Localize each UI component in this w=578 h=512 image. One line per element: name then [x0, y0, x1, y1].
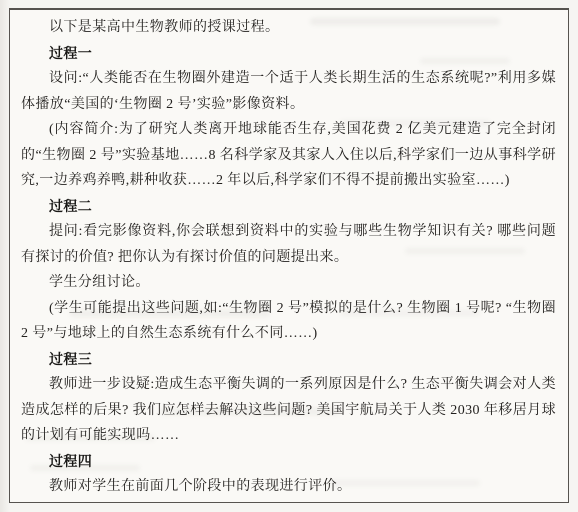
section-heading: 过程二: [49, 194, 556, 220]
section-heading: 过程三: [49, 347, 556, 373]
paragraph: 提问:看完影像资料,你会联想到资料中的实验与哪些生物学知识有关? 哪些问题有探讨…: [21, 219, 556, 270]
paragraph: 学生分组讨论。: [21, 270, 556, 296]
paragraph: 教师进一步设疑:造成生态平衡失调的一系列原因是什么? 生态平衡失调会对人类造成怎…: [21, 372, 556, 449]
document-content: 以下是某高中生物教师的授课过程。过程一设问:“人类能否在生物圈外建造一个适于人类…: [21, 15, 556, 500]
paragraph: 教师对学生在前面几个阶段中的表现进行评价。: [21, 474, 556, 500]
section-heading: 过程四: [49, 449, 556, 475]
document-frame: 以下是某高中生物教师的授课过程。过程一设问:“人类能否在生物圈外建造一个适于人类…: [9, 8, 569, 503]
scanned-document-page: 以下是某高中生物教师的授课过程。过程一设问:“人类能否在生物圈外建造一个适于人类…: [0, 0, 578, 512]
section-heading: 过程一: [49, 41, 556, 67]
paragraph: (学生可能提出这些问题,如:“生物圈 2 号”模拟的是什么? 生物圈 1 号呢?…: [21, 296, 556, 347]
paragraph: 以下是某高中生物教师的授课过程。: [21, 15, 556, 41]
paragraph: 设问:“人类能否在生物圈外建造一个适于人类长期生活的生态系统呢?”利用多媒体播放…: [21, 66, 556, 117]
paragraph: (内容简介:为了研究人类离开地球能否生存,美国花费 2 亿美元建造了完全封闭的“…: [21, 117, 556, 194]
